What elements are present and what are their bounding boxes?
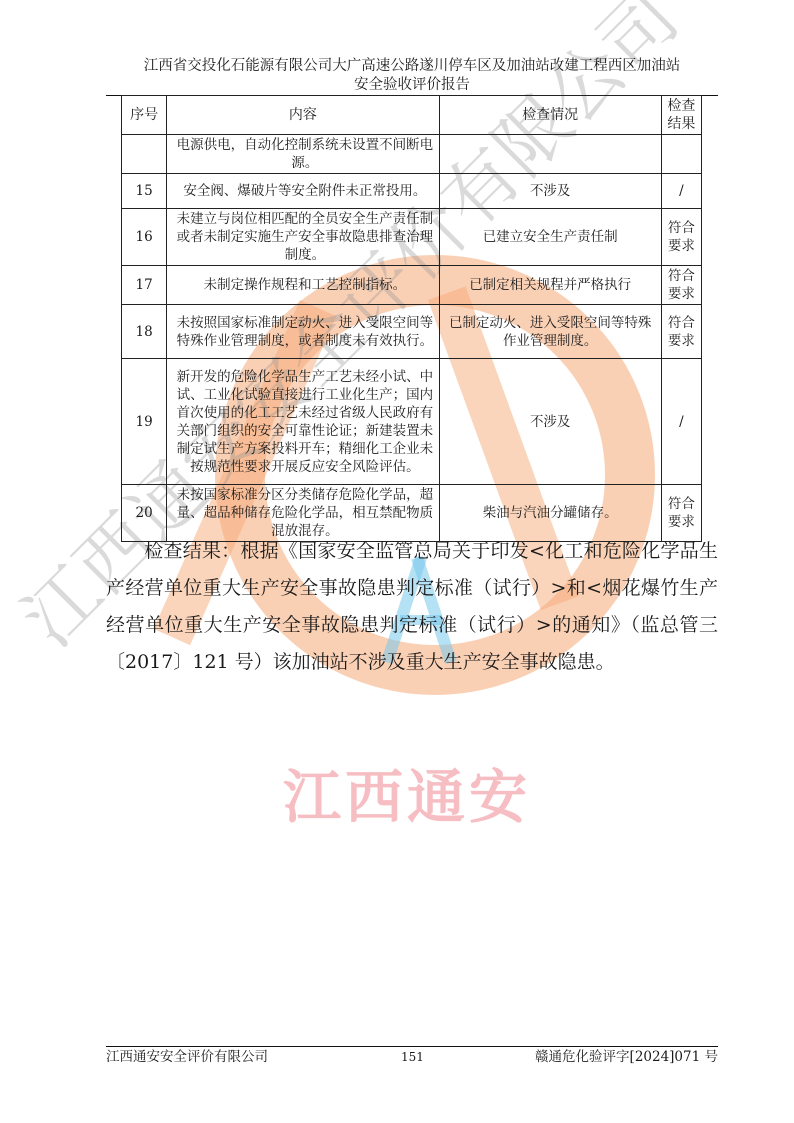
row-no: 19 [122, 359, 167, 485]
conclusion-text: 检查结果：根据《国家安全监管总局关于印发<化工和危险化学品生产经营单位重大生产安… [106, 540, 718, 673]
row-status: 已制定动火、进入受限空间等特殊作业管理制度。 [439, 305, 661, 359]
header-title-line1: 江西省交投化石能源有限公司大广高速公路遂川停车区及加油站改建工程西区加油站 [106, 57, 718, 76]
row-status: 不涉及 [439, 174, 661, 209]
footer-company: 江西通安安全评价有限公司 [106, 1048, 268, 1066]
row-result: 符合要求 [661, 209, 701, 266]
row-result: 符合要求 [661, 266, 701, 305]
header-title-line2: 安全验收评价报告 [106, 76, 718, 95]
row-content: 安全阀、爆破片等安全附件未正常投用。 [167, 174, 439, 209]
inspection-table: 序号 内容 检查情况 检查结果 电源供电，自动化控制系统未设置不间断电源。 15… [121, 95, 702, 542]
row-no: 16 [122, 209, 167, 266]
column-header-status: 检查情况 [439, 96, 661, 135]
row-content: 未建立与岗位相匹配的全员安全生产责任制或者未制定实施生产安全事故隐患排查治理制度… [167, 209, 439, 266]
row-status: 已建立安全生产责任制 [439, 209, 661, 266]
row-status [439, 135, 661, 174]
document-header: 江西省交投化石能源有限公司大广高速公路遂川停车区及加油站改建工程西区加油站 安全… [106, 57, 718, 95]
row-content: 未按照国家标准制定动火、进入受限空间等特殊作业管理制度，或者制度未有效执行。 [167, 305, 439, 359]
page-number: 151 [401, 1048, 424, 1066]
row-no [122, 135, 167, 174]
row-status: 已制定相关规程并严格执行 [439, 266, 661, 305]
table-header-row: 序号 内容 检查情况 检查结果 [122, 96, 702, 135]
table-row: 16 未建立与岗位相匹配的全员安全生产责任制或者未制定实施生产安全事故隐患排查治… [122, 209, 702, 266]
column-header-content: 内容 [167, 96, 439, 135]
footer-rule [106, 1046, 718, 1047]
row-result [661, 135, 701, 174]
row-no: 18 [122, 305, 167, 359]
column-header-no: 序号 [122, 96, 167, 135]
row-result: / [661, 174, 701, 209]
row-content: 新开发的危险化学品生产工艺未经小试、中试、工业化试验直接进行工业化生产；国内首次… [167, 359, 439, 485]
inspection-conclusion: 检查结果：根据《国家安全监管总局关于印发<化工和危险化学品生产经营单位重大生产安… [106, 533, 718, 681]
row-no: 17 [122, 266, 167, 305]
row-result: / [661, 359, 701, 485]
footer-doc-number: 赣通危化验评字[2024]071 号 [535, 1048, 718, 1066]
row-content: 电源供电，自动化控制系统未设置不间断电源。 [167, 135, 439, 174]
table-row: 17 未制定操作规程和工艺控制指标。 已制定相关规程并严格执行 符合要求 [122, 266, 702, 305]
row-result: 符合要求 [661, 305, 701, 359]
row-no: 15 [122, 174, 167, 209]
table-row: 18 未按照国家标准制定动火、进入受限空间等特殊作业管理制度，或者制度未有效执行… [122, 305, 702, 359]
table-row: 15 安全阀、爆破片等安全附件未正常投用。 不涉及 / [122, 174, 702, 209]
row-status: 不涉及 [439, 359, 661, 485]
table-row: 19 新开发的危险化学品生产工艺未经小试、中试、工业化试验直接进行工业化生产；国… [122, 359, 702, 485]
column-header-result: 检查结果 [661, 96, 701, 135]
row-content: 未制定操作规程和工艺控制指标。 [167, 266, 439, 305]
table-row: 电源供电，自动化控制系统未设置不间断电源。 [122, 135, 702, 174]
